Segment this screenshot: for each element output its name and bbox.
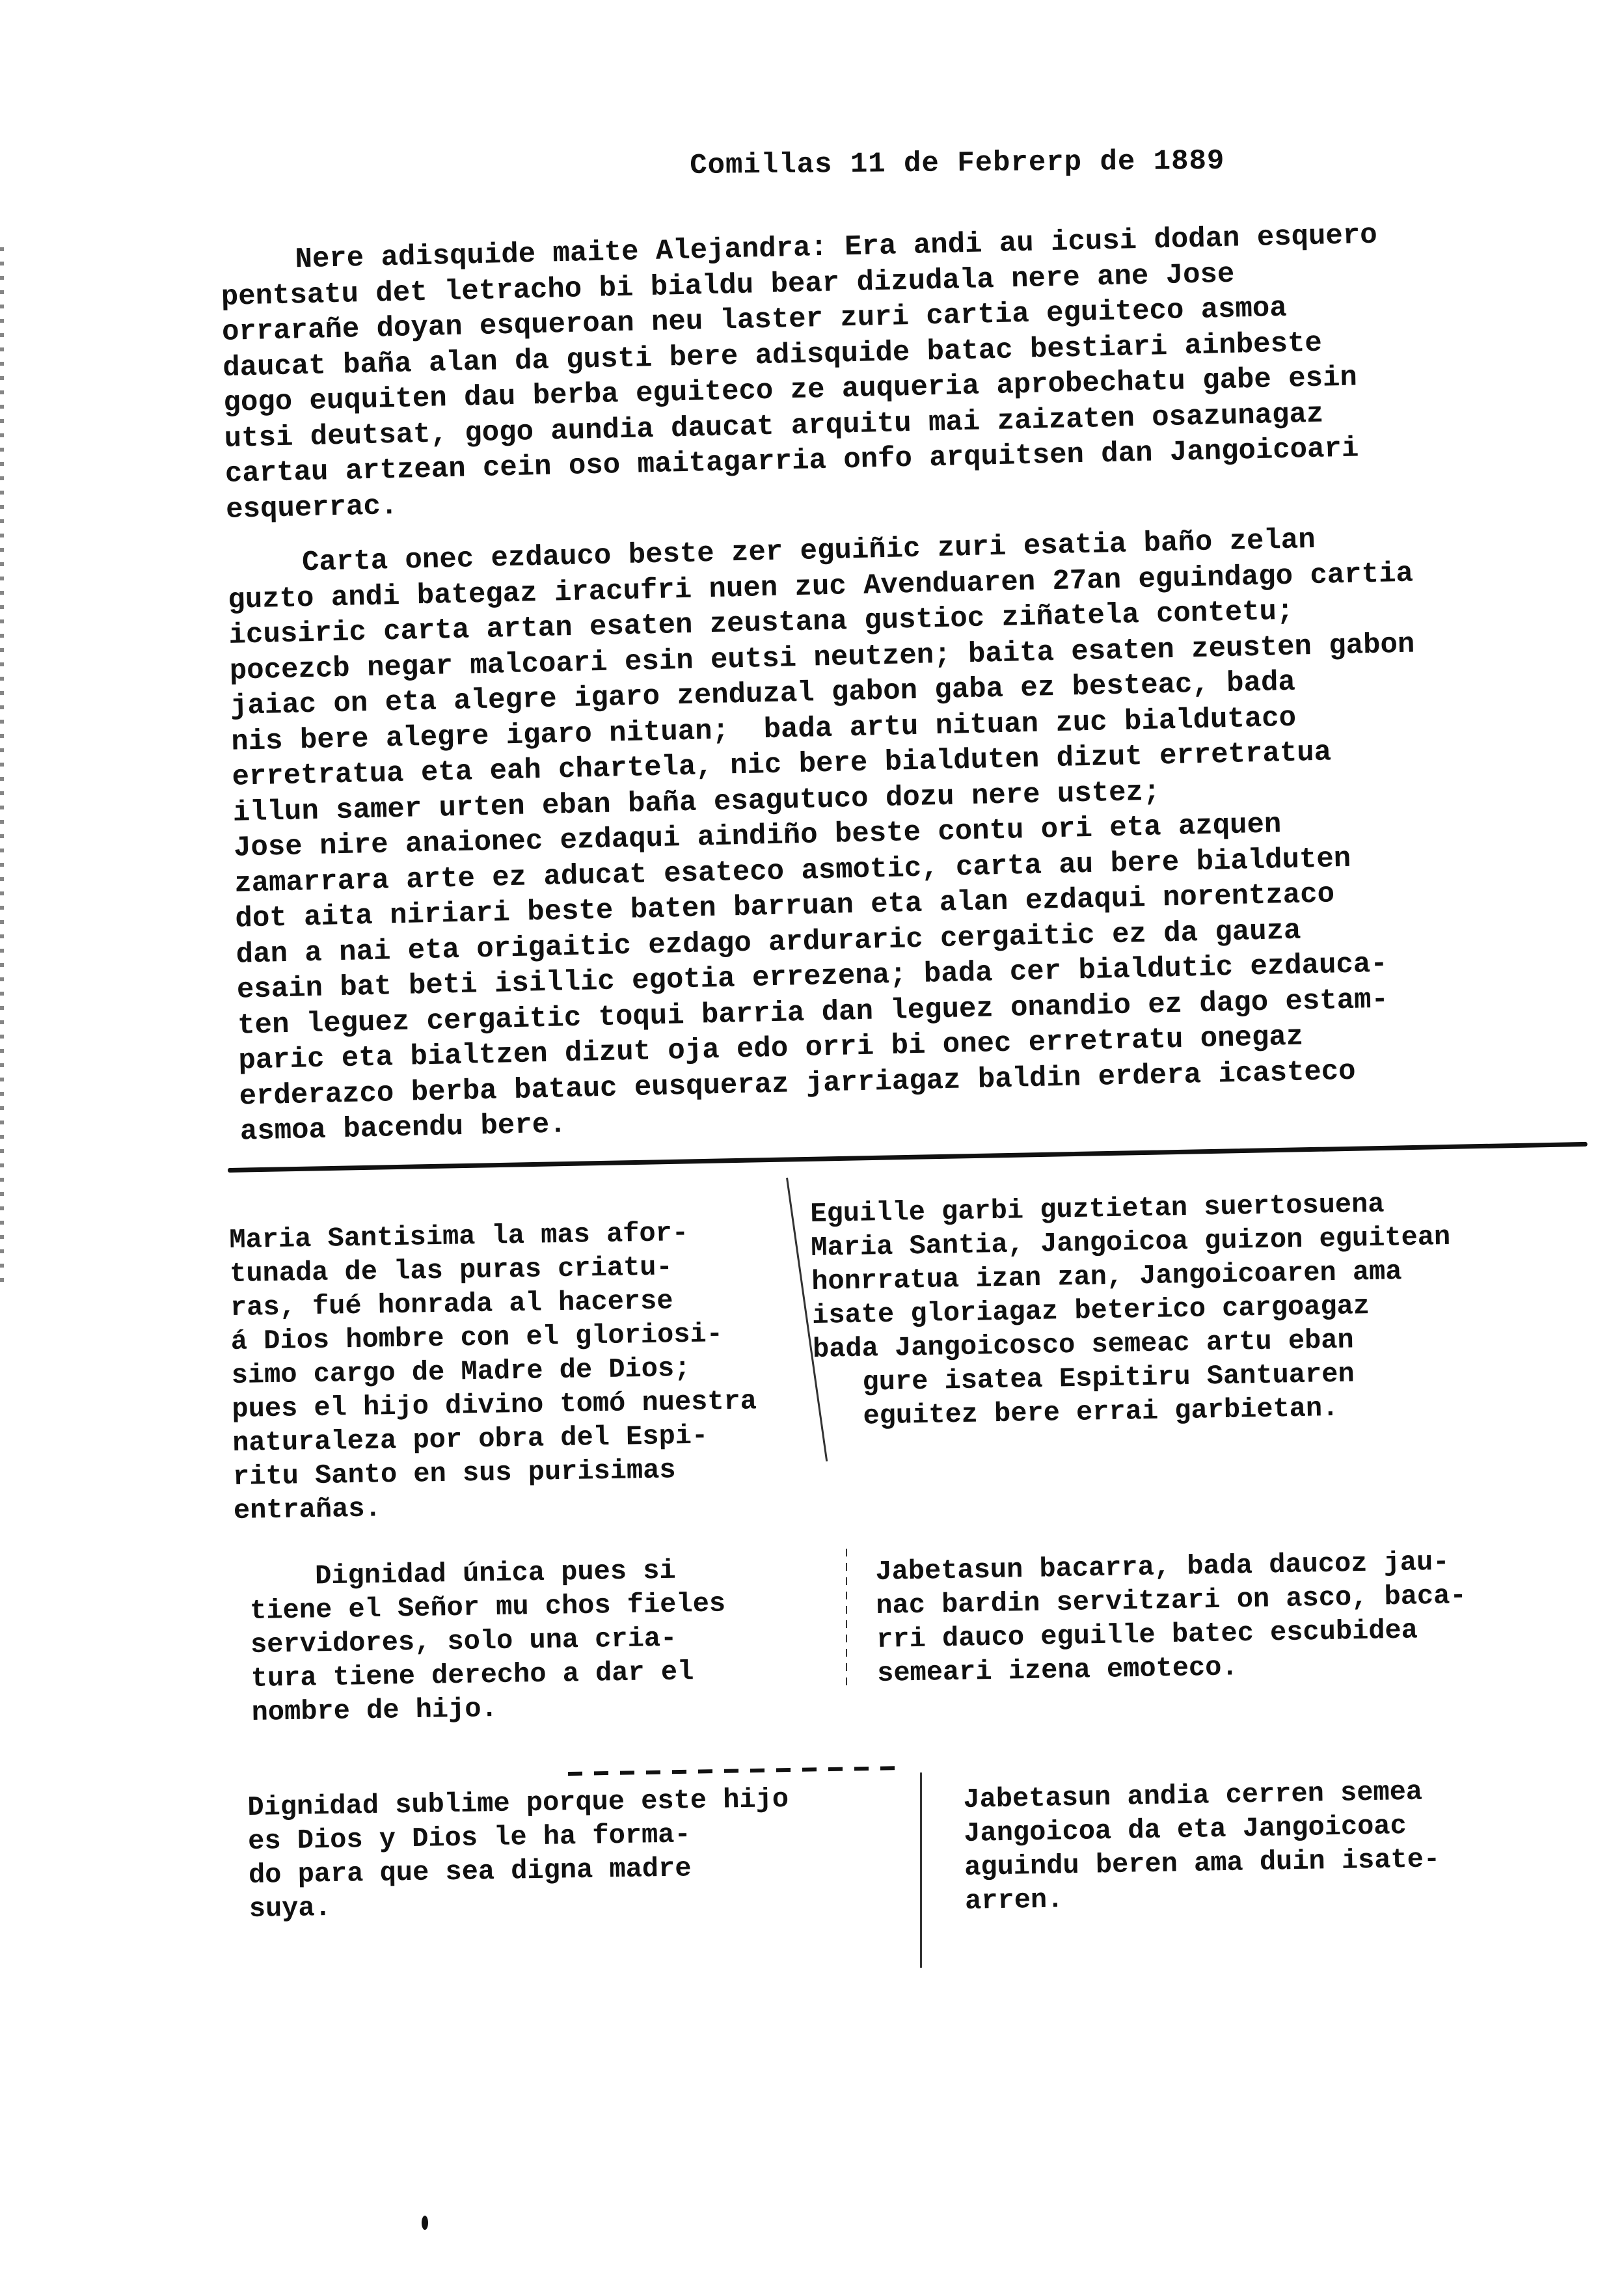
column-divider <box>846 1549 847 1685</box>
column-divider <box>920 1773 922 1968</box>
left-column-line: nombre de hijo. <box>251 1688 727 1729</box>
section-divider-rule <box>228 1142 1588 1173</box>
dateline: Comillas 11 de Febrerp de 1889 <box>690 145 1225 182</box>
scanned-letter-page: Comillas 11 de Febrerp de 1889 Nere adis… <box>0 0 1624 2282</box>
letter-body: Nere adisquide maite Alejandra: Era andi… <box>220 213 1624 1150</box>
basque-paragraph-2: Jabetasun bacarra, bada daucoz jau-nac b… <box>875 1545 1468 1691</box>
spanish-paragraph-1: Maria Santisima la mas afor-tunada de la… <box>229 1215 759 1528</box>
spanish-paragraph-2: Dignidad única pues sitiene el Señor mu … <box>249 1553 727 1730</box>
spanish-paragraph-3: Dignidad sublime porque este hijoes Dios… <box>247 1782 791 1926</box>
ink-blot <box>422 2216 428 2230</box>
basque-paragraph-3: Jabetasun andia cerren semeaJangoicoa da… <box>963 1774 1441 1918</box>
scan-edge-artifact <box>0 247 4 1288</box>
basque-paragraph-1: Eguille garbi guztietan suertosuenaMaria… <box>810 1186 1454 1434</box>
dashed-rule <box>568 1766 906 1776</box>
